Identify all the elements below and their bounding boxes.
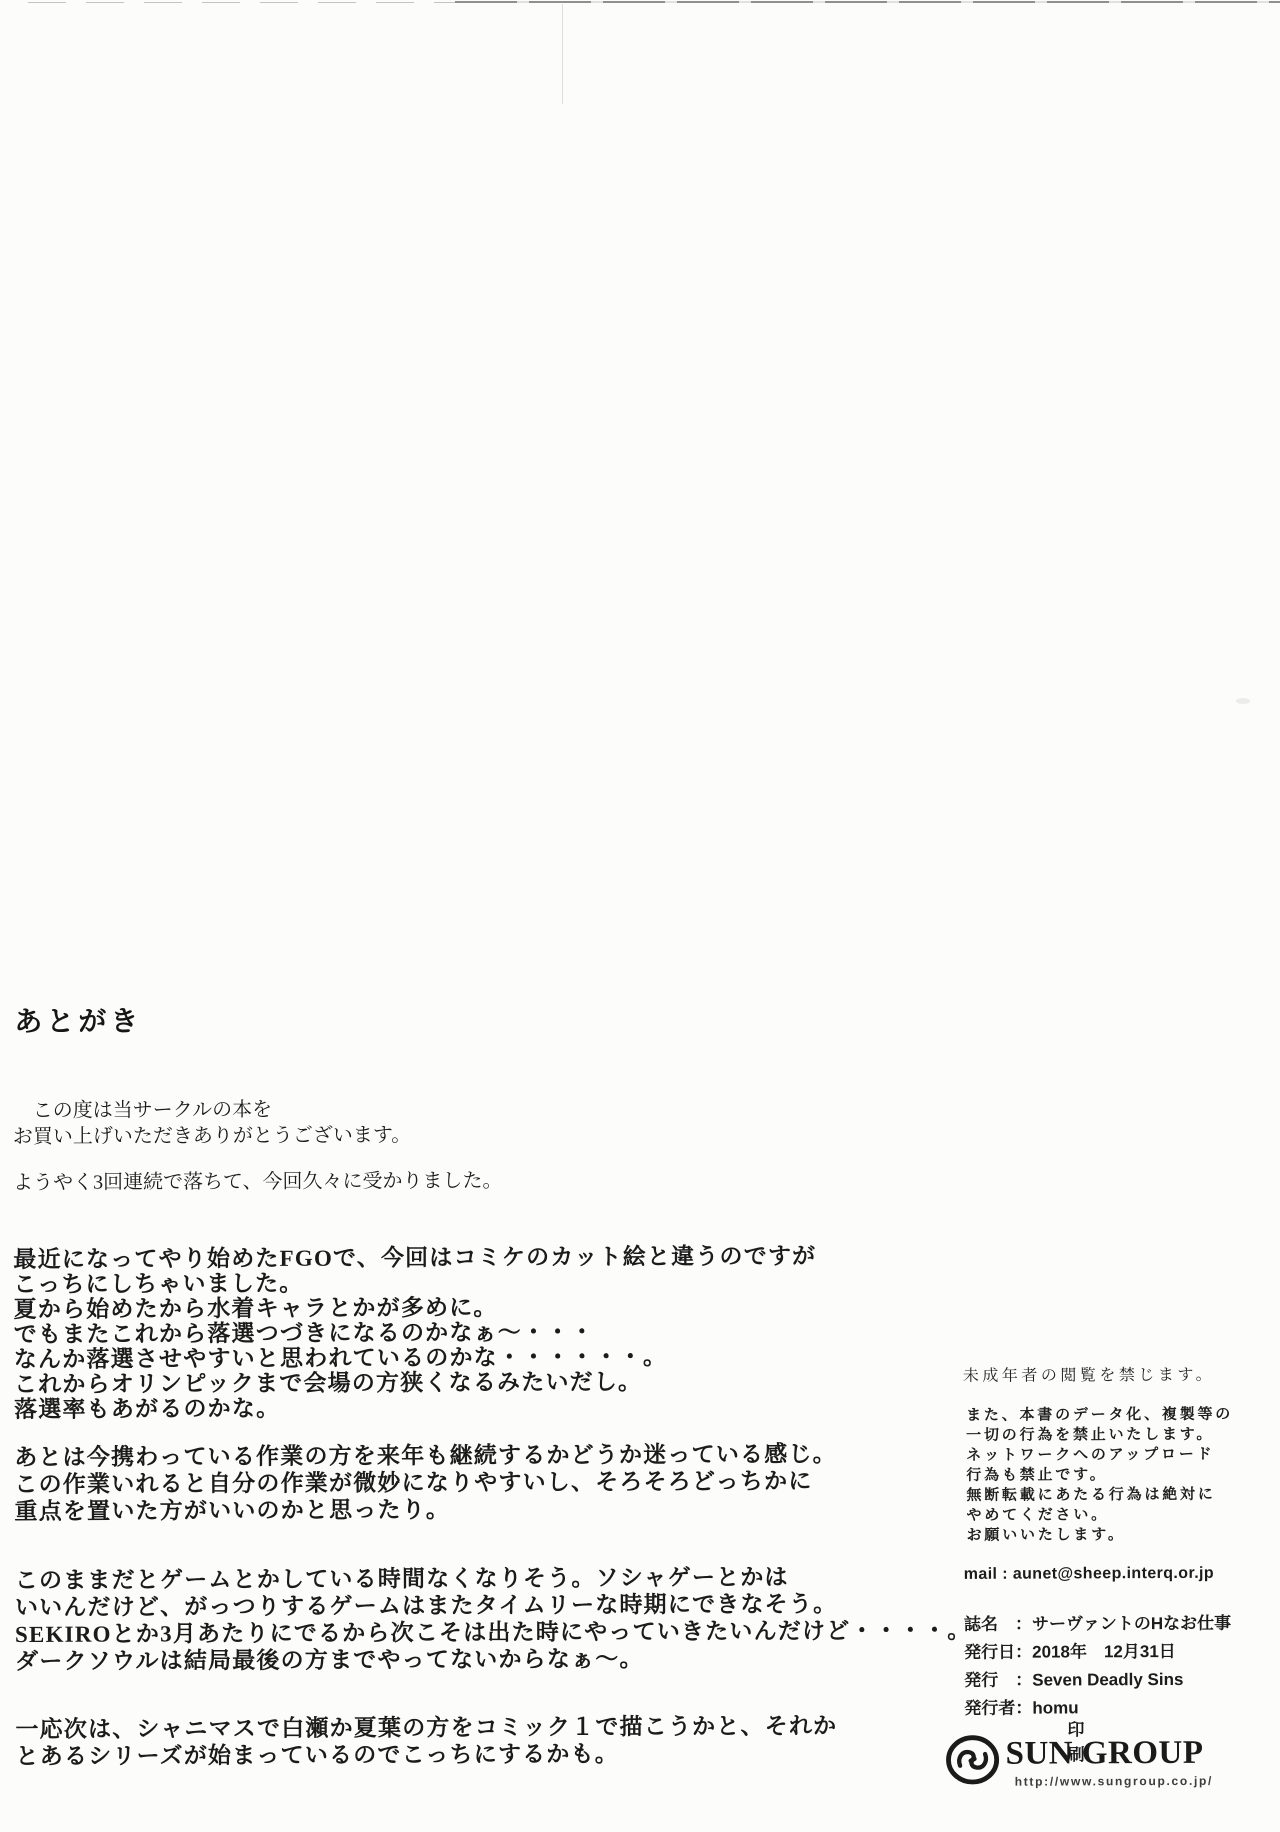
sun-group-logo-icon (943, 1734, 1001, 1791)
text-line: あとは今携わっている作業の方を来年も継続するかどうか迷っている感じ。 (14, 1440, 837, 1471)
text-line: 無断転載にあたる行為は絶対に (966, 1485, 1233, 1506)
publication-date-line: 発行日：2018年 12月31日 (964, 1638, 1231, 1667)
text-line: お願いいたします。 (967, 1525, 1234, 1546)
paragraph-games: このままだとゲームとかしている時間なくなりそう。ソシャゲーとかは いいんだけど、… (15, 1563, 972, 1675)
text-line: 重点を置いた方がいいのかと思ったり。 (14, 1494, 837, 1525)
text-line: 一切の行為を禁止いたします。 (966, 1425, 1233, 1446)
text-line: やめてください。 (966, 1505, 1233, 1526)
paragraph-thanks: この度は当サークルの本を お買い上げいただきありがとうございます。 (13, 1096, 412, 1150)
printer-url: http://www.sungroup.co.jp/ (1015, 1774, 1213, 1789)
legal-notice: また、本書のデータ化、複製等の 一切の行為を禁止いたします。 ネットワークへのア… (966, 1405, 1234, 1546)
text-line: 最近になってやり始めたFGOで、今回はコミケのカット絵と違うのですが (13, 1244, 816, 1273)
text-line: こっちにしちゃいました。 (13, 1269, 816, 1298)
text-line: また、本書のデータ化、複製等の (966, 1405, 1233, 1426)
text-line: これからオリンピックまで会場の方狭くなるみたいだし。 (14, 1369, 817, 1398)
contact-email: mail : aunet@sheep.interq.or.jp (964, 1565, 1214, 1584)
text-line: このままだとゲームとかしている時間なくなりそう。ソシャゲーとかは (15, 1563, 971, 1594)
text-line: ダークソウルは結局最後の方までやってないからなぁ〜。 (15, 1644, 971, 1675)
printer-name: SUN GROUP (1005, 1735, 1203, 1773)
scanned-page: あとがき この度は当サークルの本を お買い上げいただきありがとうございます。 よ… (0, 0, 1280, 1832)
paragraph-next-plans: 一応次は、シャニマスで白瀬か夏葉の方をコミック１で描こうかと、それか とあるシリ… (15, 1712, 837, 1770)
page-title: あとがき (14, 999, 142, 1040)
text-line: お買い上げいただきありがとうございます。 (13, 1122, 412, 1150)
text-line: ネットワークへのアップロード (966, 1445, 1233, 1466)
text-line: ようやく3回連続で落ちて、今回久々に受かりました。 (13, 1168, 503, 1196)
publication-publisher-line: 発行者：homu (964, 1694, 1231, 1723)
publication-info: 誌名 ：サーヴァントのHなお仕事 発行日：2018年 12月31日 発行 ：Se… (964, 1610, 1232, 1723)
text-line: 夏から始めたから水着キャラとかが多めに。 (14, 1294, 817, 1323)
text-line: 落選率もあがるのかな。 (14, 1394, 817, 1423)
text-line: とあるシリーズが始まっているのでこっちにするかも。 (15, 1739, 837, 1770)
text-line: SEKIROとか3月あたりにでるから次こそは出た時にやっていきたいんだけど・・・… (15, 1617, 971, 1648)
age-restriction-notice: 未成年者の閲覧を禁じます。 (963, 1362, 1215, 1386)
afterword-content: あとがき この度は当サークルの本を お買い上げいただきありがとうございます。 よ… (0, 0, 1280, 1832)
text-line: 一応次は、シャニマスで白瀬か夏葉の方をコミック１で描こうかと、それか (15, 1712, 837, 1743)
text-line: この度は当サークルの本を (13, 1096, 412, 1124)
text-line: この作業いれると自分の作業が微妙になりやすいし、そろそろどっちかに (14, 1467, 837, 1498)
text-line: なんか落選させやすいと思われているのかな・・・・・・。 (14, 1344, 817, 1373)
paragraph-fgo: 最近になってやり始めたFGOで、今回はコミケのカット絵と違うのですが こっちにし… (13, 1244, 817, 1423)
publication-circle-line: 発行 ：Seven Deadly Sins (964, 1666, 1231, 1695)
paragraph-lottery: ようやく3回連続で落ちて、今回久々に受かりました。 (13, 1168, 503, 1196)
text-line: いいんだけど、がっつりするゲームはまたタイムリーな時期にできなそう。 (15, 1590, 971, 1621)
text-line: でもまたこれから落選つづきになるのかなぁ〜・・・ (14, 1319, 817, 1348)
publication-title-line: 誌名 ：サーヴァントのHなお仕事 (964, 1610, 1231, 1639)
paragraph-work: あとは今携わっている作業の方を来年も継続するかどうか迷っている感じ。 この作業い… (14, 1440, 837, 1525)
text-line: 行為も禁止です。 (966, 1465, 1233, 1486)
